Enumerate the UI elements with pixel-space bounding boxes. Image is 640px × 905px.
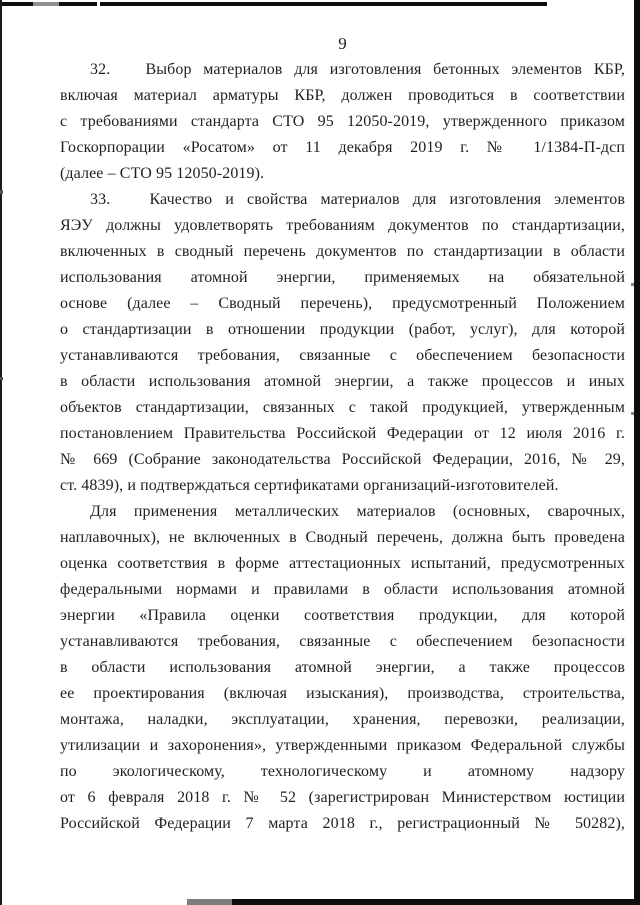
text-line: 32. Выбор материалов для изготовления бе… [60,57,625,83]
text-line: устанавливаются требования, связанные с … [60,629,625,655]
text-line: Для применения металлических материалов … [60,499,625,525]
scan-edge-bottom [187,899,640,905]
text-line: постановлением Правительства Российской … [60,421,625,447]
scan-edge-top-gap [97,2,100,6]
text-line: ЯЭУ должны удовлетворять требованиям док… [60,213,625,239]
paragraph: 33. Качество и свойства материалов для и… [60,187,625,499]
scan-noise-speck [0,377,3,380]
text-line: о стандартизации в отношении продукции (… [60,317,625,343]
text-line: (далее – СТО 95 12050-2019). [60,161,625,187]
text-line: в области использования атомной энергии,… [60,369,625,395]
text-line: объектов стандартизации, связанных с так… [60,395,625,421]
scan-noise-speck [631,412,634,415]
text-line: наплавочных), не включенных в Сводный пе… [60,525,625,551]
text-line: включая материал арматуры КБР, должен пр… [60,83,625,109]
text-line: 33. Качество и свойства материалов для и… [60,187,625,213]
scan-edge-left [0,0,2,905]
text-line: устанавливаются требования, связанные с … [60,343,625,369]
paragraph: Для применения металлических материалов … [60,499,625,837]
text-line: утилизации и захоронения», утвержденными… [60,733,625,759]
text-line: ст. 4839), и подтверждаться сертификатам… [60,473,625,499]
scan-edge-bottom-gray-tip [187,899,232,905]
text-line: в области использования атомной энергии,… [60,655,625,681]
text-line: федеральными нормами и правилами в облас… [60,577,625,603]
text-line: от 6 февраля 2018 г. № 52 (зарегистриров… [60,785,625,811]
text-line: по экологическому, технологическому и ат… [60,759,625,785]
text-line: монтажа, наладки, эксплуатации, хранения… [60,707,625,733]
document-body: 32. Выбор материалов для изготовления бе… [60,57,625,837]
scanned-document-page: 9 32. Выбор материалов для изготовления … [0,0,640,905]
scan-edge-top-gray-segment [33,2,59,6]
text-line: Российской Федерации 7 марта 2018 г., ре… [60,811,625,837]
text-line: включенных в сводный перечень документов… [60,239,625,265]
paragraph: 32. Выбор материалов для изготовления бе… [60,57,625,187]
scan-edge-right [634,0,640,905]
text-line: использования атомной энергии, применяем… [60,265,625,291]
scan-noise-speck [0,190,3,194]
text-line: с требованиями стандарта СТО 95 12050-20… [60,109,625,135]
page-number: 9 [60,34,625,54]
text-line: ее проектирования (включая изыскания), п… [60,681,625,707]
text-line: Госкорпорации «Росатом» от 11 декабря 20… [60,135,625,161]
text-line: энергии «Правила оценки соответствия про… [60,603,625,629]
scan-edge-top [0,2,547,6]
text-line: № 669 (Собрание законодательства Российс… [60,447,625,473]
scan-noise-speck [631,283,634,286]
text-line: основе (далее – Сводный перечень), преду… [60,291,625,317]
text-line: оценка соответствия в форме аттестационн… [60,551,625,577]
